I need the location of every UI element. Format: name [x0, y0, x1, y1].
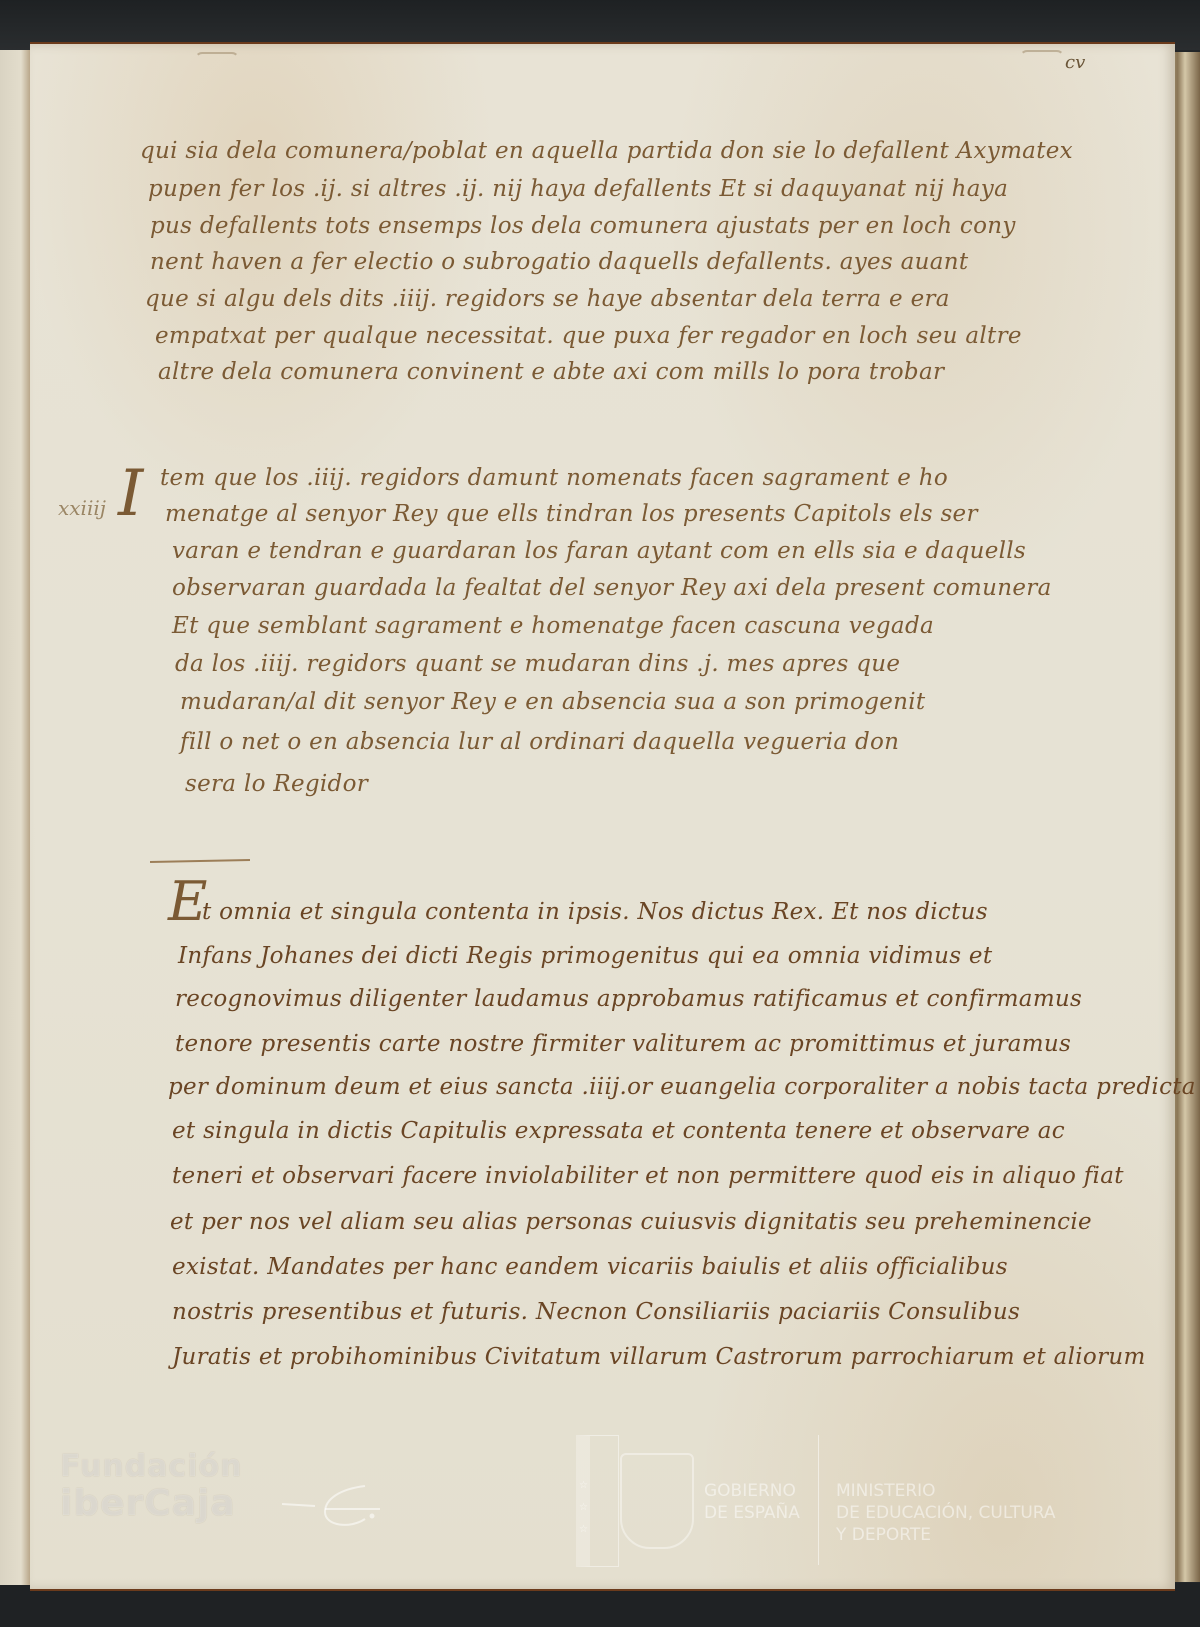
star-icon: ☆ — [579, 1497, 588, 1519]
text-line: observaran guardada la fealtat del senyo… — [172, 574, 1052, 602]
text-line: altre dela comunera convinent e abte axi… — [158, 358, 944, 386]
margin-chapter-number: xxiiij — [58, 496, 106, 520]
watermark-text: DE EDUCACIÓN, CULTURA — [836, 1502, 1056, 1524]
watermark-text: GOBIERNO — [704, 1480, 800, 1502]
ministerio-label: MINISTERIO DE EDUCACIÓN, CULTURA Y DEPOR… — [836, 1480, 1056, 1546]
text-line: per dominum deum et eius sancta .iiij.or… — [168, 1073, 1200, 1101]
text-line: tenore presentis carte nostre firmiter v… — [175, 1030, 1071, 1058]
text-line: Juratis et probihominibus Civitatum vill… — [172, 1343, 1146, 1371]
watermark-text: DE ESPAÑA — [704, 1502, 800, 1524]
text-line: da los .iiij. regidors quant se mudaran … — [175, 650, 900, 678]
watermark-divider — [818, 1435, 819, 1565]
star-icon: ☆ — [579, 1519, 588, 1541]
facing-page-edge — [0, 50, 32, 1585]
ibercaja-watermark: Fundación iberCaja — [60, 1450, 242, 1524]
text-line: et per nos vel aliam seu alias personas … — [170, 1208, 1092, 1236]
text-line: recognovimus diligenter laudamus approba… — [175, 985, 1082, 1013]
text-line: que si algu dels dits .iiij. regidors se… — [145, 285, 950, 313]
text-line: Infans Johanes dei dicti Regis primogeni… — [178, 942, 992, 970]
text-line: mudaran/al dit senyor Rey e en absencia … — [180, 688, 925, 716]
text-line: t omnia et singula contenta in ipsis. No… — [202, 898, 988, 926]
text-line: pupen fer los .ij. si altres .ij. nij ha… — [148, 175, 1008, 203]
text-line: pus defallents tots ensemps los dela com… — [150, 212, 1016, 240]
text-line: menatge al senyor Rey que ells tindran l… — [165, 500, 978, 528]
text-line: nostris presentibus et futuris. Necnon C… — [172, 1298, 1020, 1326]
watermark-text: MINISTERIO — [836, 1480, 1056, 1502]
stain-mark — [1020, 50, 1064, 64]
star-icon: ☆ — [579, 1475, 588, 1497]
gobierno-label: GOBIERNO DE ESPAÑA — [704, 1480, 800, 1524]
text-line: et singula in dictis Capitulis expressat… — [172, 1117, 1065, 1145]
watermark-text: iberCaja — [60, 1484, 242, 1524]
ibercaja-logo-icon — [280, 1484, 380, 1534]
text-line: Et que semblant sagrament e homenatge fa… — [172, 612, 934, 640]
decorated-initial: I — [118, 462, 143, 526]
folio-number: cv — [1065, 52, 1085, 73]
text-line: tem que los .iiij. regidors damunt nomen… — [160, 464, 948, 492]
text-line: teneri et observari facere inviolabilite… — [172, 1162, 1124, 1190]
text-line: qui sia dela comunera/poblat en aquella … — [140, 137, 1073, 165]
text-line: sera lo Regidor — [185, 770, 368, 798]
text-line: fill o net o en absencia lur al ordinari… — [180, 728, 899, 756]
text-line: existat. Mandates per hanc eandem vicari… — [172, 1253, 1008, 1281]
watermark-text: Fundación — [60, 1450, 242, 1484]
watermark-text: Y DEPORTE — [836, 1524, 1056, 1546]
stain-mark — [195, 52, 239, 66]
text-line: empatxat per qualque necessitat. que pux… — [155, 322, 1022, 350]
coat-of-arms-icon — [620, 1453, 694, 1549]
text-line: nent haven a fer electio o subrogatio da… — [150, 248, 968, 276]
text-line: varan e tendran e guardaran los faran ay… — [172, 537, 1026, 565]
government-watermark: ☆ ☆ ☆ GOBIERNO DE ESPAÑA MINISTERIO DE E… — [568, 1435, 1168, 1565]
